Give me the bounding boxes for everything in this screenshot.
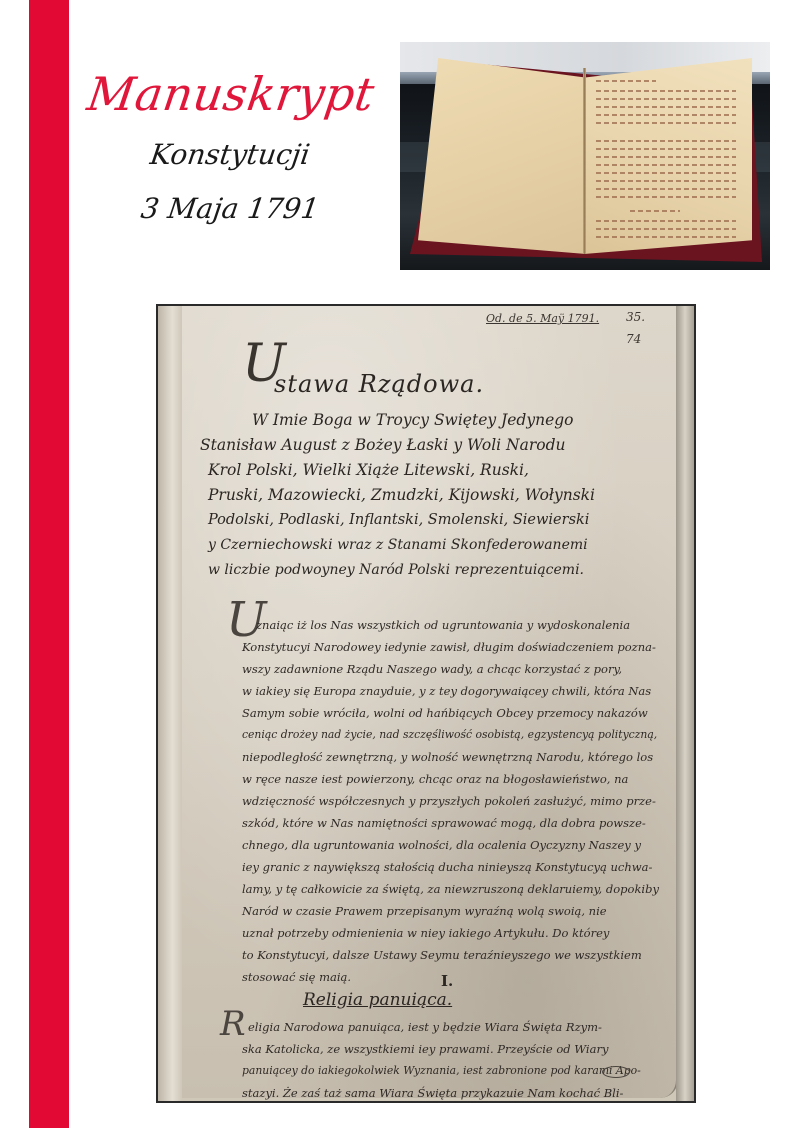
handwriting-line — [596, 114, 736, 116]
body-line: Konstytucyi Narodowey iedynie zawisł, dł… — [242, 636, 656, 658]
body-line: Naród w czasie Prawem przepisanym wyraźn… — [242, 900, 607, 922]
body-line: w ręce nasze iest powierzony, chcąc oraz… — [242, 768, 628, 790]
body-line: lamy, y tę całkowicie za świętą, za niew… — [242, 878, 659, 900]
handwriting-line — [596, 156, 736, 158]
preamble-line: W Imie Boga w Troycy Swiętey Jedynego — [252, 408, 574, 433]
body-line: znaiąc iż los Nas wszystkich od ugruntow… — [256, 614, 630, 636]
handwriting-line — [596, 90, 736, 92]
body-line: to Konstytucyi, dalsze Ustawy Seymu tera… — [242, 944, 642, 966]
manuscript-date-note: Od. de 5. Maÿ 1791. — [486, 312, 599, 325]
subtitle-konstytucji: Konstytucji — [128, 138, 333, 172]
body-line: Samym sobie wróciła, wolni od hańbiących… — [242, 702, 648, 724]
red-side-bar — [29, 0, 69, 1128]
handwriting-line — [596, 236, 736, 238]
section-title: Religia panuiąca. — [303, 990, 452, 1010]
body-line: iey granic z naywiększą stałością ducha … — [242, 856, 652, 878]
section-line: eligia Narodowa panuiąca, iest y będzie … — [248, 1016, 602, 1038]
handwriting-line — [596, 98, 736, 100]
subtitle-date: 3 Maja 1791 — [128, 192, 333, 226]
manuscript-heading: stawa Rządowa. — [274, 370, 484, 398]
section-line: stazyi. Że zaś taż sama Wiara Święta prz… — [242, 1082, 623, 1103]
folio-number-secondary: 74 — [626, 332, 641, 346]
body-line: w iakiey się Europa znayduie, y z tey do… — [242, 680, 651, 702]
body-line: ceniąc drożey nad życie, nad szczęśliwoś… — [242, 724, 657, 746]
handwriting-line — [596, 220, 736, 222]
manuscript-binding-edge — [158, 306, 182, 1101]
manuscript-scan: Od. de 5. Maÿ 1791. 35. 74 U stawa Rządo… — [156, 304, 696, 1103]
preamble-line: Krol Polski, Wielki Xiąże Litewski, Rusk… — [208, 458, 529, 483]
book-gutter — [583, 68, 586, 254]
handwriting-line — [596, 228, 736, 230]
body-line: szkód, które w Nas namiętności sprawować… — [242, 812, 646, 834]
handwriting-line — [596, 188, 736, 190]
handwriting-line — [596, 80, 656, 82]
library-stamp — [602, 1066, 630, 1078]
handwriting-line — [596, 164, 736, 166]
folio-number: 35. — [626, 310, 645, 324]
section-number: I. — [441, 972, 453, 990]
handwriting-line — [630, 210, 680, 212]
handwriting-line — [596, 122, 736, 124]
body-line: wdzięczność współczesnych y przyszłych p… — [242, 790, 656, 812]
body-line: uznał potrzeby odmienienia w niey iakieg… — [242, 922, 609, 944]
section-line: ska Katolicka, ze wszystkiemi iey prawam… — [242, 1038, 608, 1060]
handwriting-line — [596, 196, 736, 198]
book-photo — [400, 42, 770, 270]
section-line: panuiącey do iakiegokolwiek Wyznania, ie… — [242, 1060, 641, 1082]
handwriting-line — [596, 140, 736, 142]
handwriting-line — [596, 180, 736, 182]
preamble-line: Stanisław August z Bożey Łaski y Woli Na… — [200, 433, 566, 458]
preamble-line: w liczbie podwoyney Naród Polski repreze… — [208, 558, 584, 583]
book-left-page — [418, 58, 586, 254]
handwriting-line — [596, 106, 736, 108]
title-manuskrypt: Manuskrypt — [82, 68, 379, 120]
body-line: chnego, dla ugruntowania wolności, dla o… — [242, 834, 641, 856]
handwriting-line — [596, 172, 736, 174]
preamble-line: Pruski, Mazowiecki, Zmudzki, Kijowski, W… — [208, 483, 595, 508]
body-line: stosować się maią. — [242, 966, 351, 988]
preamble-line: y Czerniechowski wraz z Stanami Skonfede… — [208, 533, 588, 558]
body-line: wszy zadawnione Rządu Naszego wady, a ch… — [242, 658, 622, 680]
preamble-line: Podolski, Podlaski, Inflantski, Smolensk… — [208, 508, 589, 533]
manuscript-page-edge — [676, 306, 694, 1101]
body-line: niepodległość zewnętrzną, y wolność wewn… — [242, 746, 653, 768]
handwriting-line — [596, 148, 736, 150]
